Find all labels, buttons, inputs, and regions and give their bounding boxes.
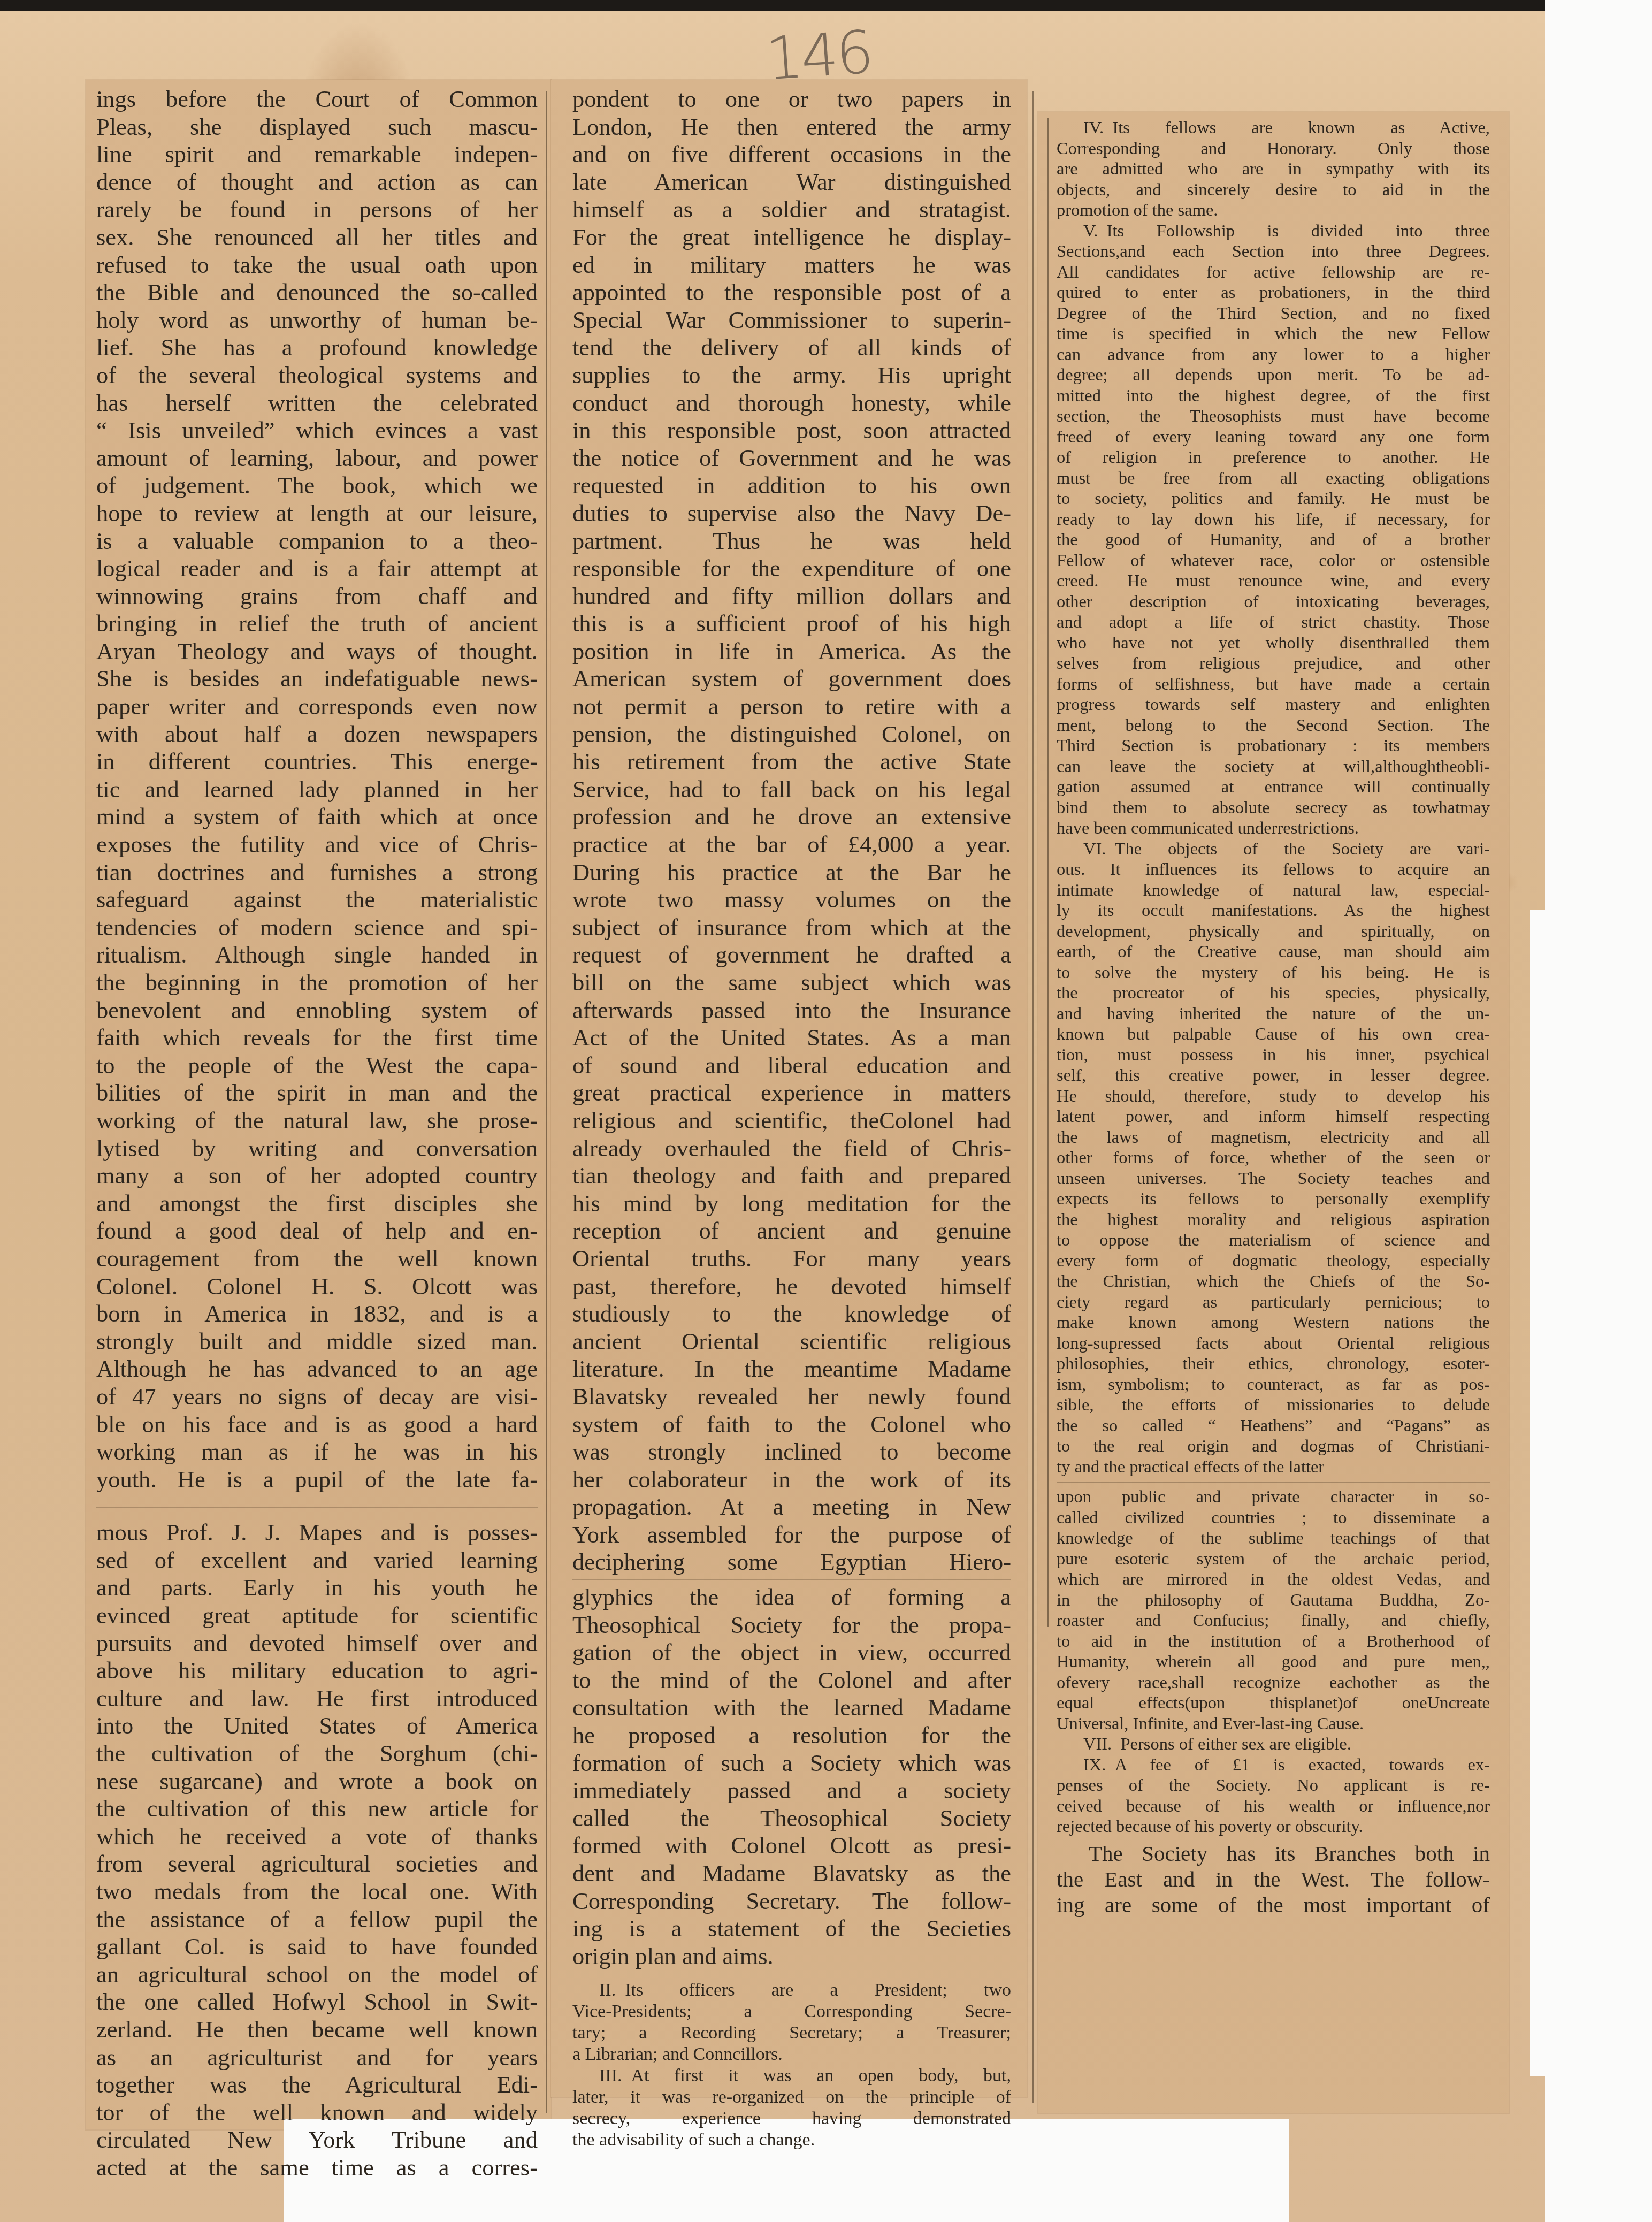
text-line: tian doctrines and furnishes a strong (96, 859, 538, 887)
text-line: ly its occult manifestations. As the hig… (1057, 900, 1490, 921)
text-line: working of the natural law, she prose- (96, 1107, 538, 1135)
text-line: expects its fellows to personally exempl… (1057, 1189, 1490, 1210)
text-line: who have not yet wholly disenthralled th… (1057, 633, 1490, 654)
text-line: bringing in relief the truth of ancient (96, 610, 538, 638)
text-line: the procreator of his species, physicall… (1057, 983, 1490, 1004)
text-line: the assistance of a fellow pupil the (96, 1906, 538, 1934)
text-line: the one called Hofwyl School in Swit- (96, 1988, 538, 2016)
section-text: Third Section is probationary : its memb… (1057, 736, 1490, 755)
section-text: are admitted who are in sympathy with it… (1057, 159, 1490, 179)
text-line: and adopt a life of strict chastity. Tho… (1057, 612, 1490, 633)
numbered-section: IX. A fee of £1 is exacted, towards ex-p… (1057, 1755, 1490, 1837)
text-line: of the several theological systems and (96, 362, 538, 390)
section-text: earth, of the Creative cause, man should… (1057, 942, 1490, 961)
section-text: of religion in preference to another. He (1057, 448, 1490, 467)
section-text: Its officers are a President; two (625, 1980, 1011, 2000)
column-3-closing-paragraph: The Society has its Branches both inthe … (1057, 1841, 1490, 1918)
text-line: Theosophical Society for the propa- (572, 1612, 1011, 1639)
text-line: deciphering some Egyptian Hiero- (572, 1548, 1011, 1576)
article-column-1: ings before the Court of CommonPleas, sh… (96, 86, 538, 2182)
text-line: selves from religious prejudice, and oth… (1057, 653, 1490, 674)
text-line: subject of insurance from which at the (572, 914, 1011, 942)
text-line: “ Isis unveiled” which evinces a vast (96, 417, 538, 445)
section-numeral: III. (572, 2066, 631, 2086)
text-line: Special War Commissioner to superin- (572, 307, 1011, 334)
text-line: two medals from the local one. With (96, 1878, 538, 1906)
text-line: from several agricultural societies and (96, 1850, 538, 1878)
text-line: self, this creative power, in lesser deg… (1057, 1065, 1490, 1086)
section-text: secrecy, experience having demonstrated (572, 2109, 1011, 2128)
section-text: the good of Humanity, and of a brother (1057, 530, 1490, 549)
column-rule (1047, 118, 1049, 1627)
section-text: sible, the efforts of missionaries to de… (1057, 1395, 1490, 1415)
section-text: to oppose the materialism of science and (1057, 1231, 1490, 1250)
text-line: ceived because of his wealth or influenc… (1057, 1796, 1490, 1817)
text-line: his retirement from the active State (572, 748, 1011, 776)
text-line: forms of selfishness, but have made a ce… (1057, 674, 1490, 695)
text-line: VII. Persons of either sex are eligible. (1057, 1734, 1490, 1755)
text-line: roaster and Confucius; finally, and chie… (1057, 1610, 1490, 1631)
text-line: nese sugarcane) and wrote a book on (96, 1768, 538, 1796)
text-line: objects, and sincerely desire to aid in … (1057, 180, 1490, 201)
text-line: mind a system of faith which at once (96, 803, 538, 831)
section-text: progress towards self mastery and enligh… (1057, 695, 1490, 714)
text-line: Service, had to fall back on his legal (572, 776, 1011, 804)
section-text: mitted into the highest degree, of the f… (1057, 386, 1490, 406)
text-line: system of faith to the Colonel who (572, 1411, 1011, 1439)
text-line: The Society has its Branches both in (1057, 1841, 1490, 1866)
section-text: Persons of either sex are eligible. (1121, 1735, 1351, 1754)
text-line: can leave the society at will,althoughth… (1057, 757, 1490, 777)
section-text: Degree of the Third Section, and no fixe… (1057, 304, 1490, 323)
article-column-3: IV. Its fellows are known as Active,Corr… (1057, 118, 1490, 1918)
text-line: as an agriculturist and for years (96, 2044, 538, 2072)
column-1-upper-text: ings before the Court of CommonPleas, sh… (96, 86, 538, 1493)
article-column-2: pondent to one or two papers inLondon, H… (572, 86, 1011, 2151)
text-line: together was the Agricultural Edi- (96, 2071, 538, 2099)
numbered-section: VI. The objects of the Society are vari-… (1057, 839, 1490, 1478)
text-line: consultation with the learned Madame (572, 1694, 1011, 1722)
section-text: make known among Western nations the (1057, 1313, 1490, 1332)
text-line: London, He then entered the army (572, 113, 1011, 141)
clipping-seam (1057, 1479, 1490, 1483)
text-line: can advance from any lower to a higher (1057, 345, 1490, 365)
text-line: progress towards self mastery and enligh… (1057, 694, 1490, 715)
text-line: origin plan and aims. (572, 1943, 1011, 1971)
text-line: Sections,and each Section into three Deg… (1057, 241, 1490, 262)
text-line: requested in addition to his own (572, 472, 1011, 500)
text-line: logical reader and is a fair attempt at (96, 555, 538, 583)
text-line: He should, therefore, study to develop h… (1057, 1086, 1490, 1107)
section-text: quired to enter as probationers, in the … (1057, 283, 1490, 302)
text-line: II. Its officers are a President; two (572, 1980, 1011, 2001)
section-text: the highest morality and religious aspir… (1057, 1210, 1490, 1230)
text-line: profession and he drove an extensive (572, 803, 1011, 831)
section-text: Vice-Presidents; a Corresponding Secre- (572, 2002, 1011, 2021)
text-line: bind them to absolute secrecy as towhatm… (1057, 798, 1490, 819)
section-text: philosophies, their ethics, chronology, … (1057, 1354, 1490, 1373)
text-line: gallant Col. is said to have founded (96, 1933, 538, 1961)
text-line: called the Theosophical Society (572, 1805, 1011, 1832)
text-line: ing is a statement of the Secieties (572, 1915, 1011, 1943)
section-text: who have not yet wholly disenthralled th… (1057, 633, 1490, 653)
text-line: dence of thought and action as can (96, 169, 538, 196)
section-text: can leave the society at will,althoughth… (1057, 757, 1490, 776)
text-line: exposes the futility and vice of Chris- (96, 831, 538, 859)
text-line: development, physically and spiritually,… (1057, 921, 1490, 942)
section-text: and adopt a life of strict chastity. Tho… (1057, 613, 1490, 632)
section-text: a Librarian; and Conncillors. (572, 2044, 783, 2064)
section-text: ready to lay down his life, if necessary… (1057, 510, 1490, 529)
text-line: Universal, Infinite, and Ever-last-ing C… (1057, 1714, 1490, 1735)
text-line: other description of intoxicating bevera… (1057, 592, 1490, 613)
text-line: refused to take the usual oath upon (96, 251, 538, 279)
text-line: many a son of her adopted country (96, 1162, 538, 1190)
section-numeral: VI. (1057, 839, 1115, 859)
text-line: freed of every leaning toward any one fo… (1057, 427, 1490, 448)
section-text: the procreator of his species, physicall… (1057, 983, 1490, 1003)
text-line: penses of the Society. No applicant is r… (1057, 1775, 1490, 1796)
text-line: hundred and fifty million dollars and (572, 583, 1011, 610)
text-line: born in America in 1832, and is a (96, 1300, 538, 1328)
text-line: later, it was re-organized on the princi… (572, 2087, 1011, 2108)
text-line: amount of learning, labour, and power (96, 445, 538, 472)
text-line: working man as if he was in his (96, 1438, 538, 1466)
text-line: to oppose the materialism of science and (1057, 1230, 1490, 1251)
text-line: late American War distinguished (572, 169, 1011, 196)
text-line: mous Prof. J. J. Mapes and is posses- (96, 1519, 538, 1547)
text-line: of religion in preference to another. He (1057, 447, 1490, 468)
text-line: literature. In the meantime Madame (572, 1355, 1011, 1383)
text-line: conduct and thorough honesty, while (572, 390, 1011, 417)
text-line: quired to enter as probationers, in the … (1057, 282, 1490, 303)
text-line: his mind by long meditation for the (572, 1190, 1011, 1218)
text-line: to the people of the West the capa- (96, 1052, 538, 1080)
section-text: A fee of £1 is exacted, towards ex- (1115, 1755, 1490, 1775)
text-line: rejected because of his poverty or obscu… (1057, 1816, 1490, 1837)
text-line: past, therefore, he devoted himself (572, 1273, 1011, 1301)
text-line: ed in military matters he was (572, 251, 1011, 279)
text-line: line spirit and remarkable indepen- (96, 141, 538, 169)
text-line: mitted into the highest degree, of the f… (1057, 386, 1490, 407)
text-line: of sound and liberal education and (572, 1052, 1011, 1080)
section-text: the Christian, which the Chiefs of the S… (1057, 1272, 1490, 1291)
text-line: IX. A fee of £1 is exacted, towards ex- (1057, 1755, 1490, 1776)
text-line: tend the delivery of all kinds of (572, 334, 1011, 362)
text-line: Aryan Theology and ways of thought. (96, 638, 538, 666)
torn-edge (1530, 910, 1557, 2076)
column-rule (546, 91, 547, 2113)
section-text: selves from religious prejudice, and oth… (1057, 654, 1490, 673)
column-3-lower-text: upon public and private character in so-… (1057, 1487, 1490, 1734)
section-text: intimate knowledge of natural law, espec… (1057, 881, 1490, 900)
text-line: the good of Humanity, and of a brother (1057, 530, 1490, 551)
text-line: Corresponding and Honorary. Only those (1057, 139, 1490, 159)
section-numeral: V. (1057, 222, 1107, 241)
text-line: the Bible and denounced the so-called (96, 279, 538, 307)
section-text: unseen universes. The Society teaches an… (1057, 1169, 1490, 1188)
text-line: time is specified in which the new Fello… (1057, 324, 1490, 345)
numbered-section: II. Its officers are a President; twoVic… (572, 1980, 1011, 2065)
section-numeral: VII. (1057, 1735, 1121, 1754)
text-line: intimate knowledge of natural law, espec… (1057, 880, 1490, 901)
text-line: in this responsible post, soon attracted (572, 417, 1011, 445)
section-text: Corresponding and Honorary. Only those (1057, 139, 1490, 158)
text-line: and amongst the first disciples she (96, 1190, 538, 1218)
section-text: bind them to absolute secrecy as towhatm… (1057, 798, 1490, 818)
numbered-section: VII. Persons of either sex are eligible. (1057, 1734, 1490, 1755)
section-text: At first it was an open body, but, (631, 2066, 1011, 2086)
column-2-lower-text: glyphics the idea of forming aTheosophic… (572, 1584, 1011, 1970)
text-line: he proposed a resolution for the (572, 1722, 1011, 1750)
column-3-numbered-sections: IV. Its fellows are known as Active,Corr… (1057, 118, 1490, 1477)
text-line: Fellow of whatever race, color or ostens… (1057, 551, 1490, 571)
text-line: which are mirrored in the oldest Vedas, … (1057, 1569, 1490, 1590)
text-line: evinced great aptitude for scientific (96, 1602, 538, 1630)
text-line: culture and law. He first introduced (96, 1685, 538, 1713)
text-line: was strongly inclined to become (572, 1438, 1011, 1466)
text-line: must be free from all exacting obligatio… (1057, 468, 1490, 489)
section-text: have been communicated underrestrictions… (1057, 819, 1359, 838)
text-line: acted at the same time as a corres- (96, 2154, 538, 2182)
section-text: can advance from any lower to a higher (1057, 345, 1490, 364)
section-text: every form of dogmatic theology, especia… (1057, 1251, 1490, 1271)
text-line: long-supressed facts about Oriental reli… (1057, 1333, 1490, 1354)
text-line: found a good deal of help and en- (96, 1217, 538, 1245)
section-text: freed of every leaning toward any one fo… (1057, 427, 1490, 447)
text-line: Pleas, she displayed such mascu- (96, 113, 538, 141)
section-text: self, this creative power, in lesser deg… (1057, 1066, 1490, 1085)
section-text: must be free from all exacting obligatio… (1057, 469, 1490, 488)
section-text: Sections,and each Section into three Deg… (1057, 242, 1490, 261)
text-line: dent and Madame Blavatsky as the (572, 1860, 1011, 1888)
text-line: All candidates for active fellowship are… (1057, 262, 1490, 283)
text-line: rarely be found in persons of her (96, 196, 538, 224)
text-line: III. At first it was an open body, but, (572, 2065, 1011, 2087)
text-line: knowledge of the sublime teachings of th… (1057, 1528, 1490, 1549)
text-line: degree; all depends upon merit. To be ad… (1057, 365, 1490, 386)
column-2-upper-text: pondent to one or two papers inLondon, H… (572, 86, 1011, 1576)
section-text: tion, must possess in his inner, psychic… (1057, 1045, 1490, 1065)
text-line: youth. He is a pupil of the late fa- (96, 1466, 538, 1494)
text-line: himself as a soldier and stratagist. (572, 196, 1011, 224)
text-line: ing are some of the most important of (1057, 1892, 1490, 1918)
text-line: gation of the object in view, occurred (572, 1639, 1011, 1667)
text-line: faith which reveals for the first time (96, 1024, 538, 1052)
text-line: Although he has advanced to an age (96, 1355, 538, 1383)
section-text: expects its fellows to personally exempl… (1057, 1189, 1490, 1209)
column-3-lower-sections: VII. Persons of either sex are eligible.… (1057, 1734, 1490, 1837)
section-text: the so called “ Heathens” and “Pagans” a… (1057, 1416, 1490, 1435)
text-line: pondent to one or two papers in (572, 86, 1011, 113)
text-line: afterwards passed into the Insurance (572, 997, 1011, 1025)
column-2-numbered-sections: II. Its officers are a President; twoVic… (572, 1980, 1011, 2151)
text-line: the cultivation of the Sorghum (chi- (96, 1740, 538, 1768)
numbered-section: IV. Its fellows are known as Active,Corr… (1057, 118, 1490, 221)
text-line: the beginning in the promotion of her (96, 969, 538, 997)
section-text: ment, belong to the Second Section. The (1057, 716, 1490, 735)
text-line: ritualism. Although single handed in (96, 941, 538, 969)
text-line: sed of excellent and varied learning (96, 1547, 538, 1575)
text-line: the notice of Government and he was (572, 445, 1011, 472)
text-line: studiously to the knowledge of (572, 1300, 1011, 1328)
text-line: zerland. He then became well known (96, 2016, 538, 2044)
text-line: pure esoteric system of the archaic peri… (1057, 1549, 1490, 1570)
clipping-seam (572, 1576, 1011, 1580)
text-line: called civilized countries ; to dissemin… (1057, 1508, 1490, 1529)
section-text: promotion of the same. (1057, 201, 1218, 220)
text-line: bill on the same subject which was (572, 969, 1011, 997)
text-line: great practical experience in matters (572, 1079, 1011, 1107)
text-line: to society, politics and family. He must… (1057, 488, 1490, 509)
text-line: pursuits and devoted himself over and (96, 1630, 538, 1658)
section-text: rejected because of his poverty or obscu… (1057, 1817, 1363, 1836)
section-text: ous. It influences its fellows to acquir… (1057, 860, 1490, 879)
column-1-lower-text: mous Prof. J. J. Mapes and is posses-sed… (96, 1519, 538, 2181)
text-line: formation of such a Society which was (572, 1750, 1011, 1777)
section-text: creed. He must renounce wine, and every (1057, 571, 1490, 591)
text-line: are admitted who are in sympathy with it… (1057, 159, 1490, 180)
text-line: and parts. Early in his youth he (96, 1574, 538, 1602)
text-line: practice at the bar of £4,000 a year. (572, 831, 1011, 859)
text-line: is a valuable companion to a theo- (96, 528, 538, 555)
text-line: sible, the efforts of missionaries to de… (1057, 1395, 1490, 1416)
section-text: penses of the Society. No applicant is r… (1057, 1776, 1490, 1795)
text-line: VI. The objects of the Society are vari- (1057, 839, 1490, 860)
section-text: time is specified in which the new Fello… (1057, 324, 1490, 343)
numbered-section: III. At first it was an open body, but,l… (572, 2065, 1011, 2151)
section-text: Its fellows are known as Active, (1112, 118, 1490, 138)
text-line: ty and the practical effects of the latt… (1057, 1457, 1490, 1478)
text-line: safeguard against the materialistic (96, 886, 538, 914)
text-line: have been communicated underrestrictions… (1057, 818, 1490, 839)
text-line: responsible for the expenditure of one (572, 555, 1011, 583)
text-line: circulated New York Tribune and (96, 2126, 538, 2154)
text-line: position in life in America. As the (572, 638, 1011, 666)
text-line: ciety regard as particularly pernicious;… (1057, 1292, 1490, 1313)
section-text: objects, and sincerely desire to aid in … (1057, 180, 1490, 200)
text-line: the highest morality and religious aspir… (1057, 1210, 1490, 1231)
text-line: already overhauled the field of Chris- (572, 1135, 1011, 1163)
section-text: the advisability of such a change. (572, 2130, 815, 2150)
text-line: Act of the United States. As a man (572, 1024, 1011, 1052)
text-line: promotion of the same. (1057, 200, 1490, 221)
text-line: Oriental truths. For many years (572, 1245, 1011, 1273)
section-numeral: IX. (1057, 1755, 1115, 1775)
text-line: gation assumed at entrance will continua… (1057, 777, 1490, 798)
text-line: the cultivation of this new article for (96, 1795, 538, 1823)
column-rule (1032, 91, 1034, 2103)
text-line: religious and scientific, theColonel had (572, 1107, 1011, 1135)
text-line: equal effects(upon thisplanet)of oneUncr… (1057, 1693, 1490, 1714)
text-line: York assembled for the purpose of (572, 1521, 1011, 1549)
text-line: IV. Its fellows are known as Active, (1057, 118, 1490, 139)
text-line: philosophies, their ethics, chronology, … (1057, 1354, 1490, 1375)
text-line: every form of dogmatic theology, especia… (1057, 1251, 1490, 1272)
text-line: winnowing grains from chaff and (96, 583, 538, 610)
section-text: latent power, and inform himself respect… (1057, 1107, 1490, 1126)
section-text: section, the Theosophists must have beco… (1057, 407, 1490, 426)
text-line: other forms of force, whether of the see… (1057, 1148, 1490, 1169)
text-line: to aid in the institution of a Brotherho… (1057, 1631, 1490, 1652)
section-text: to society, politics and family. He must… (1057, 489, 1490, 508)
text-line: duties to supervise also the Navy De- (572, 500, 1011, 528)
text-line: ings before the Court of Common (96, 86, 538, 113)
text-line: in different countries. This energe- (96, 748, 538, 776)
text-line: hope to review at length at our leisure, (96, 500, 538, 528)
section-text: forms of selfishness, but have made a ce… (1057, 675, 1490, 694)
text-line: For the great intelligence he display- (572, 224, 1011, 251)
section-text: ly its occult manifestations. As the hig… (1057, 901, 1490, 920)
section-text: other forms of force, whether of the see… (1057, 1148, 1490, 1167)
text-line: make known among Western nations the (1057, 1312, 1490, 1333)
text-line: holy word as unworthy of human be- (96, 307, 538, 334)
section-text: All candidates for active fellowship are… (1057, 263, 1490, 282)
section-text: long-supressed facts about Oriental reli… (1057, 1334, 1490, 1353)
section-text: ciety regard as particularly pernicious;… (1057, 1293, 1490, 1312)
section-text: and having inherited the nature of the u… (1057, 1004, 1490, 1024)
text-line: tion, must possess in his inner, psychic… (1057, 1045, 1490, 1066)
scan-right-margin (1545, 0, 1652, 2222)
section-text: tary; a Recording Secretary; a Treasurer… (572, 2023, 1011, 2043)
text-line: above his military education to agri- (96, 1657, 538, 1685)
text-line: has herself written the celebrated (96, 390, 538, 417)
text-line: and having inherited the nature of the u… (1057, 1004, 1490, 1025)
text-line: tic and learned lady planned in her (96, 776, 538, 804)
text-line: ancient Oriental scientific religious (572, 1328, 1011, 1356)
text-line: unseen universes. The Society teaches an… (1057, 1169, 1490, 1189)
section-text: later, it was re-organized on the princi… (572, 2087, 1011, 2107)
section-text: ceived because of his wealth or influenc… (1057, 1797, 1490, 1816)
section-text: Its Followship is divided into three (1107, 222, 1490, 241)
text-line: Degree of the Third Section, and no fixe… (1057, 303, 1490, 324)
text-line: the so called “ Heathens” and “Pagans” a… (1057, 1416, 1490, 1437)
section-numeral: II. (572, 1980, 625, 2000)
text-line: Third Section is probationary : its memb… (1057, 736, 1490, 757)
text-line: reception of ancient and genuine (572, 1217, 1011, 1245)
text-line: ble on his face and is as good a hard (96, 1411, 538, 1439)
text-line: creed. He must renounce wine, and every (1057, 571, 1490, 592)
text-line: known but palpable Cause of his own crea… (1057, 1024, 1490, 1045)
text-line: secrecy, experience having demonstrated (572, 2108, 1011, 2129)
section-text: to solve the mystery of his being. He is (1057, 963, 1490, 982)
text-line: She is besides an indefatiguable news- (96, 665, 538, 693)
text-line: benevolent and ennobling system of (96, 997, 538, 1025)
text-line: strongly built and middle sized man. (96, 1328, 538, 1356)
text-line: which he received a vote of thanks (96, 1823, 538, 1851)
text-line: of judgement. The book, which we (96, 472, 538, 500)
section-text: gation assumed at entrance will continua… (1057, 777, 1490, 797)
text-line: of 47 years no signs of decay are visi- (96, 1383, 538, 1411)
numbered-section: V. Its Followship is divided into threeS… (1057, 221, 1490, 839)
text-line: couragement from the well known (96, 1245, 538, 1273)
text-line: supplies to the army. His upright (572, 362, 1011, 390)
section-text: degree; all depends upon merit. To be ad… (1057, 365, 1490, 385)
text-line: appointed to the responsible post of a (572, 279, 1011, 307)
text-line: section, the Theosophists must have beco… (1057, 406, 1490, 427)
section-text: development, physically and spiritually,… (1057, 922, 1490, 941)
text-line: tendencies of modern science and spi- (96, 914, 538, 942)
text-line: to the mind of the Colonel and after (572, 1667, 1011, 1694)
text-line: upon public and private character in so- (1057, 1487, 1490, 1508)
text-line: with about half a dozen newspapers (96, 721, 538, 749)
text-line: the advisability of such a change. (572, 2129, 1011, 2151)
text-line: ment, belong to the Second Section. The (1057, 715, 1490, 736)
text-line: the East and in the West. The follow- (1057, 1866, 1490, 1892)
text-line: the laws of magnetism, electricity and a… (1057, 1127, 1490, 1148)
section-text: ty and the practical effects of the latt… (1057, 1457, 1324, 1477)
text-line: paper writer and corresponds even now (96, 693, 538, 721)
